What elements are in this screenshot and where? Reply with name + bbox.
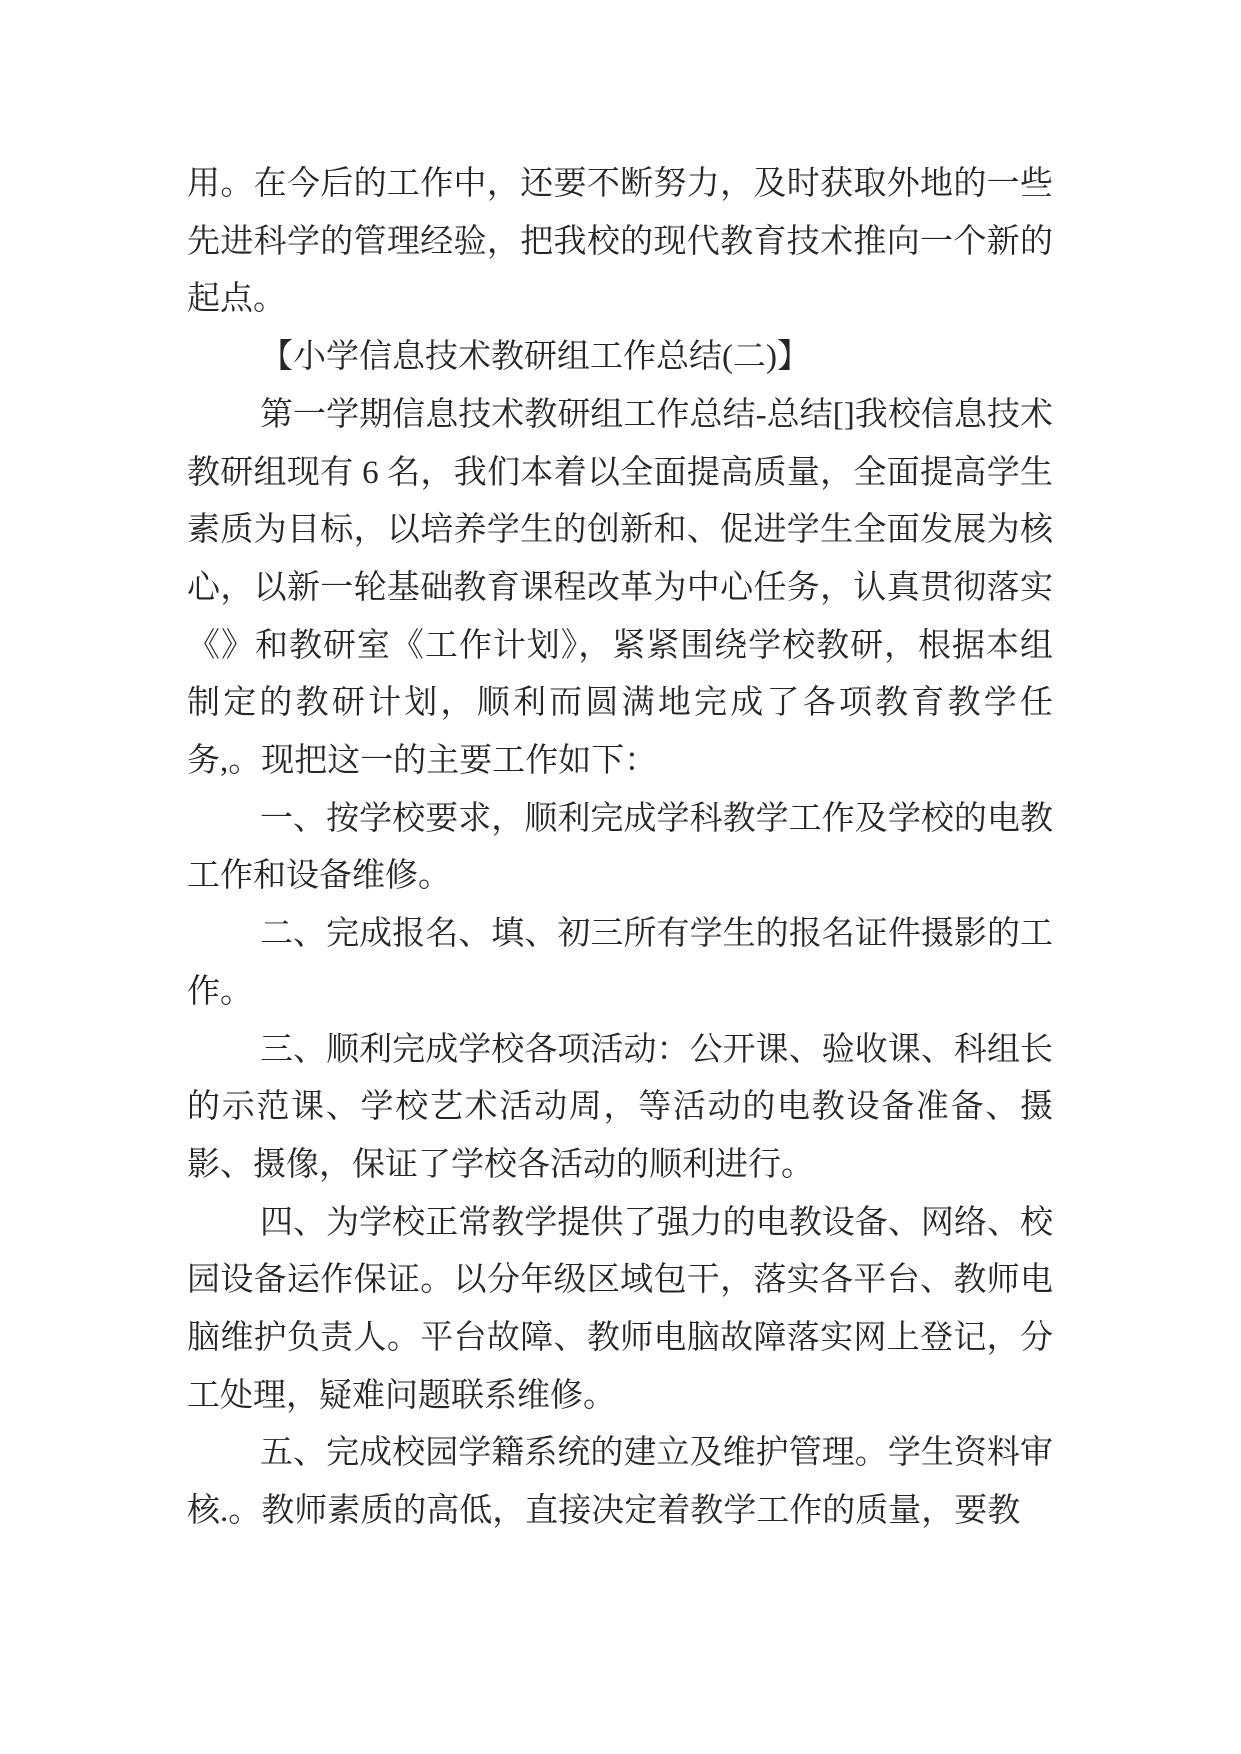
- list-item-5: 五、完成校园学籍系统的建立及维护管理。学生资料审核.。教师素质的高低，直接决定着…: [187, 1425, 1053, 1540]
- document-body: 用。在今后的工作中，还要不断努力，及时获取外地的一些先进科学的管理经验，把我校的…: [187, 156, 1053, 1541]
- list-item-3: 三、顺利完成学校各项活动：公开课、验收课、科组长的示范课、学校艺术活动周，等活动…: [187, 1022, 1053, 1195]
- section-title: 【小学信息技术教研组工作总结(二)】: [187, 329, 1053, 387]
- paragraph-intro: 第一学期信息技术教研组工作总结-总结[]我校信息技术教研组现有 6 名，我们本着…: [187, 387, 1053, 791]
- list-item-4: 四、为学校正常教学提供了强力的电教设备、网络、校园设备运作保证。以分年级区域包干…: [187, 1195, 1053, 1426]
- paragraph-continuation: 用。在今后的工作中，还要不断努力，及时获取外地的一些先进科学的管理经验，把我校的…: [187, 156, 1053, 329]
- list-item-1: 一、按学校要求，顺利完成学科教学工作及学校的电教工作和设备维修。: [187, 791, 1053, 906]
- list-item-2: 二、完成报名、填、初三所有学生的报名证件摄影的工作。: [187, 906, 1053, 1021]
- document-page: 用。在今后的工作中，还要不断努力，及时获取外地的一些先进科学的管理经验，把我校的…: [0, 0, 1241, 1754]
